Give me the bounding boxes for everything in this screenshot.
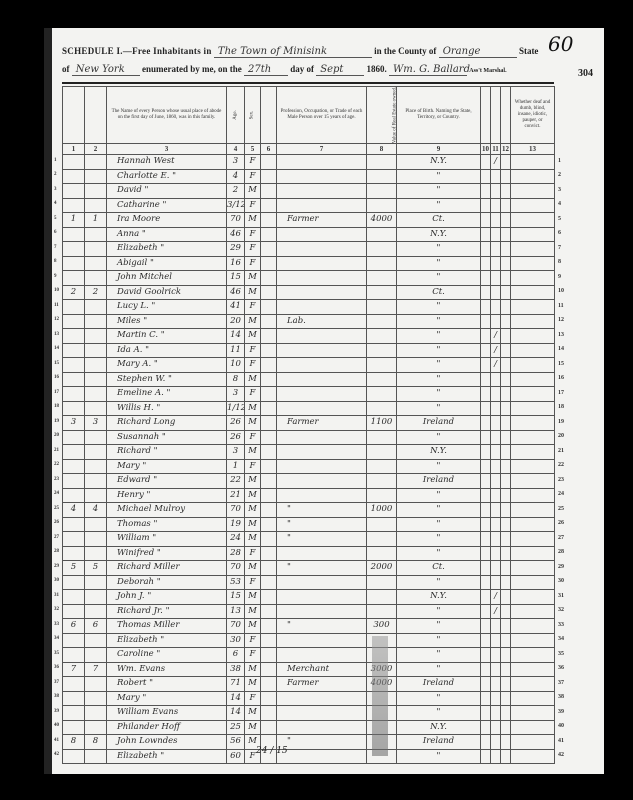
cell-birthplace: " <box>397 300 481 315</box>
cell-sex: M <box>245 604 261 619</box>
cell-occupation <box>277 271 367 286</box>
cell-color <box>261 213 277 228</box>
cell-sex: M <box>245 184 261 199</box>
cell-school: / <box>491 155 501 170</box>
cell-birthplace: " <box>397 517 481 532</box>
cell-married <box>481 387 491 402</box>
cell-name: Ira Moore <box>107 213 227 228</box>
cell-name: Richard Long <box>107 416 227 431</box>
cell-value: 300 <box>367 619 397 634</box>
cell-sex: M <box>245 677 261 692</box>
cell-dwelling <box>63 314 85 329</box>
cell-school <box>491 300 501 315</box>
cell-occupation <box>277 474 367 489</box>
cell-sex: M <box>245 488 261 503</box>
cell-school <box>491 401 501 416</box>
cell-sex: M <box>245 314 261 329</box>
column-header-2: Families numbered in the order of visita… <box>85 87 107 144</box>
cell-name: Martin C. " <box>107 329 227 344</box>
cell-color <box>261 198 277 213</box>
cell-dwelling: 6 <box>63 619 85 634</box>
cell-color <box>261 720 277 735</box>
cell-sex: F <box>245 387 261 402</box>
cell-family: 7 <box>85 662 107 677</box>
line-number: 6 <box>558 230 561 236</box>
line-number: 8 <box>558 259 561 265</box>
cell-illiterate <box>501 691 511 706</box>
cell-sex: F <box>245 633 261 648</box>
cell-school <box>491 227 501 242</box>
line-number: 9 <box>558 274 561 280</box>
cell-school <box>491 561 501 576</box>
cell-school <box>491 242 501 257</box>
line-number: 4 <box>54 201 57 206</box>
cell-value <box>367 343 397 358</box>
line-number: 21 <box>558 448 564 454</box>
line-number: 34 <box>54 636 59 641</box>
cell-condition <box>511 517 555 532</box>
cell-dwelling <box>63 155 85 170</box>
cell-school <box>491 677 501 692</box>
cell-color <box>261 488 277 503</box>
cell-illiterate <box>501 300 511 315</box>
table-row: Abigail "16F" <box>63 256 555 271</box>
cell-illiterate <box>501 474 511 489</box>
cell-condition <box>511 329 555 344</box>
cell-color <box>261 285 277 300</box>
column-header-11: Attended School within the year. <box>491 87 501 144</box>
column-header-label: Value of Real Estate owned. <box>392 87 396 144</box>
column-number: 11 <box>491 144 501 155</box>
cell-dwelling <box>63 329 85 344</box>
cell-name: Elizabeth " <box>107 749 227 764</box>
cell-illiterate <box>501 488 511 503</box>
cell-condition <box>511 735 555 750</box>
cell-family <box>85 372 107 387</box>
line-number: 35 <box>54 651 59 656</box>
cell-illiterate <box>501 155 511 170</box>
cell-occupation: " <box>277 532 367 547</box>
line-number: 39 <box>54 709 59 714</box>
cell-age: 3/12 <box>227 198 245 213</box>
table-row: David "2M" <box>63 184 555 199</box>
line-number: 1 <box>558 158 561 164</box>
cell-illiterate <box>501 358 511 373</box>
cell-school <box>491 633 501 648</box>
cell-married <box>481 155 491 170</box>
line-number: 14 <box>558 346 564 352</box>
line-number: 25 <box>54 506 59 511</box>
line-number: 4 <box>558 201 561 207</box>
column-number: 1 <box>63 144 85 155</box>
cell-school <box>491 691 501 706</box>
line-number: 29 <box>558 564 564 570</box>
cell-sex: F <box>245 358 261 373</box>
cell-married <box>481 590 491 605</box>
line-number: 41 <box>54 738 59 743</box>
cell-name: Michael Mulroy <box>107 503 227 518</box>
cell-birthplace: " <box>397 691 481 706</box>
cell-family: 4 <box>85 503 107 518</box>
cell-color <box>261 633 277 648</box>
cell-name: Mary " <box>107 691 227 706</box>
cell-school <box>491 372 501 387</box>
cell-dwelling <box>63 445 85 460</box>
cell-age: 56 <box>227 735 245 750</box>
cell-school: / <box>491 604 501 619</box>
enumeration-line: of New York enumerated by me, on the 27t… <box>62 64 507 76</box>
cell-age: 8 <box>227 372 245 387</box>
line-number: 40 <box>558 723 564 729</box>
cell-occupation <box>277 401 367 416</box>
cell-married <box>481 300 491 315</box>
line-number: 19 <box>54 419 59 424</box>
cell-name: Wm. Evans <box>107 662 227 677</box>
line-number: 38 <box>558 694 564 700</box>
cell-color <box>261 416 277 431</box>
line-number: 12 <box>54 317 59 322</box>
cell-value <box>367 198 397 213</box>
cell-age: 19 <box>227 517 245 532</box>
cell-value <box>367 358 397 373</box>
cell-dwelling <box>63 691 85 706</box>
cell-occupation <box>277 445 367 460</box>
cell-color <box>261 227 277 242</box>
cell-name: David " <box>107 184 227 199</box>
cell-illiterate <box>501 619 511 634</box>
cell-condition <box>511 546 555 561</box>
county-label: in the County of <box>374 46 436 56</box>
cell-school <box>491 503 501 518</box>
cell-occupation <box>277 575 367 590</box>
cell-school <box>491 474 501 489</box>
cell-married <box>481 184 491 199</box>
cell-color <box>261 430 277 445</box>
table-row: Elizabeth "30F" <box>63 633 555 648</box>
cell-dwelling <box>63 300 85 315</box>
cell-color <box>261 706 277 721</box>
cell-birthplace: " <box>397 198 481 213</box>
cell-birthplace: " <box>397 662 481 677</box>
cell-illiterate <box>501 459 511 474</box>
marshal-field: Wm. G. Ballard <box>389 64 467 76</box>
cell-sex: M <box>245 706 261 721</box>
cell-color <box>261 271 277 286</box>
cell-name: Henry " <box>107 488 227 503</box>
cell-color <box>261 300 277 315</box>
line-number: 7 <box>54 245 57 250</box>
cell-school <box>491 619 501 634</box>
cell-color <box>261 169 277 184</box>
cell-illiterate <box>501 575 511 590</box>
cell-married <box>481 271 491 286</box>
cell-sex: M <box>245 401 261 416</box>
cell-sex: M <box>245 445 261 460</box>
cell-married <box>481 488 491 503</box>
column-number: 4 <box>227 144 245 155</box>
cell-name: Richard Jr. " <box>107 604 227 619</box>
cell-value <box>367 329 397 344</box>
cell-condition <box>511 445 555 460</box>
table-row: Mary "14F" <box>63 691 555 706</box>
cell-sex: F <box>245 227 261 242</box>
cell-married <box>481 720 491 735</box>
cell-value <box>367 227 397 242</box>
cell-dwelling <box>63 590 85 605</box>
table-row: Hannah West3FN.Y./ <box>63 155 555 170</box>
cell-value <box>367 387 397 402</box>
cell-color <box>261 184 277 199</box>
cell-family <box>85 445 107 460</box>
line-number: 9 <box>54 274 57 279</box>
line-number: 29 <box>54 564 59 569</box>
cell-dwelling <box>63 706 85 721</box>
cell-married <box>481 227 491 242</box>
cell-family <box>85 604 107 619</box>
line-number: 32 <box>54 607 59 612</box>
cell-value <box>367 590 397 605</box>
cell-birthplace: N.Y. <box>397 590 481 605</box>
cell-condition <box>511 561 555 576</box>
cell-condition <box>511 590 555 605</box>
cell-family <box>85 749 107 764</box>
cell-illiterate <box>501 532 511 547</box>
cell-value <box>367 256 397 271</box>
cell-birthplace: " <box>397 242 481 257</box>
cell-color <box>261 517 277 532</box>
cell-name: Robert " <box>107 677 227 692</box>
cell-value <box>367 474 397 489</box>
cell-family <box>85 184 107 199</box>
cell-condition <box>511 401 555 416</box>
cell-married <box>481 735 491 750</box>
cell-color <box>261 459 277 474</box>
line-number: 20 <box>558 433 564 439</box>
cell-name: Mary A. " <box>107 358 227 373</box>
cell-family <box>85 329 107 344</box>
cell-value <box>367 285 397 300</box>
cell-color <box>261 590 277 605</box>
cell-name: Ida A. " <box>107 343 227 358</box>
cell-school <box>491 184 501 199</box>
cell-school <box>491 648 501 663</box>
cell-occupation <box>277 256 367 271</box>
cell-school <box>491 430 501 445</box>
cell-married <box>481 561 491 576</box>
line-number: 13 <box>558 332 564 338</box>
cell-illiterate <box>501 430 511 445</box>
cell-value: 1000 <box>367 503 397 518</box>
cell-color <box>261 648 277 663</box>
cell-school <box>491 198 501 213</box>
cell-family <box>85 648 107 663</box>
town-field: The Town of Minisink <box>214 46 372 58</box>
cell-birthplace: Ireland <box>397 677 481 692</box>
line-number: 36 <box>558 665 564 671</box>
cell-birthplace: " <box>397 358 481 373</box>
cell-married <box>481 517 491 532</box>
cell-age: 2 <box>227 184 245 199</box>
cell-color <box>261 691 277 706</box>
table-row: Mary A. "10F"/ <box>63 358 555 373</box>
cell-color <box>261 503 277 518</box>
cell-birthplace: Ct. <box>397 561 481 576</box>
cell-condition <box>511 213 555 228</box>
table-row: William "24M"" <box>63 532 555 547</box>
cell-sex: M <box>245 329 261 344</box>
cell-dwelling <box>63 387 85 402</box>
cell-color <box>261 561 277 576</box>
column-number-row: 12345678910111213 <box>63 144 555 155</box>
cell-dwelling <box>63 256 85 271</box>
cell-dwelling: 8 <box>63 735 85 750</box>
cell-name: Willis H. " <box>107 401 227 416</box>
cell-married <box>481 474 491 489</box>
handwritten-page-number: 60 <box>548 32 573 56</box>
cell-dwelling <box>63 227 85 242</box>
column-header-7: Profession, Occupation, or Trade of each… <box>277 87 367 144</box>
table-row: 66Thomas Miller70M"300" <box>63 619 555 634</box>
cell-age: 22 <box>227 474 245 489</box>
cell-sex: M <box>245 285 261 300</box>
cell-dwelling <box>63 430 85 445</box>
cell-occupation <box>277 155 367 170</box>
cell-name: Miles " <box>107 314 227 329</box>
cell-value <box>367 184 397 199</box>
cell-married <box>481 459 491 474</box>
cell-married <box>481 358 491 373</box>
cell-name: John Mitchel <box>107 271 227 286</box>
cell-condition <box>511 532 555 547</box>
column-header-8: Value of Real Estate owned. <box>367 87 397 144</box>
cell-name: David Goolrick <box>107 285 227 300</box>
cell-name: Edward " <box>107 474 227 489</box>
cell-value <box>367 459 397 474</box>
cell-color <box>261 401 277 416</box>
table-row: Catharine "3/12F" <box>63 198 555 213</box>
cell-illiterate <box>501 271 511 286</box>
line-number: 26 <box>558 520 564 526</box>
table-row: 88John Lowndes56M"Ireland <box>63 735 555 750</box>
cell-family <box>85 198 107 213</box>
film-smudge <box>372 636 388 756</box>
cell-family: 3 <box>85 416 107 431</box>
line-number: 16 <box>558 375 564 381</box>
cell-age: 70 <box>227 213 245 228</box>
line-number: 28 <box>558 549 564 555</box>
cell-age: 1/12 <box>227 401 245 416</box>
column-number: 7 <box>277 144 367 155</box>
cell-school <box>491 445 501 460</box>
cell-occupation <box>277 329 367 344</box>
cell-married <box>481 416 491 431</box>
cell-name: Deborah " <box>107 575 227 590</box>
cell-age: 28 <box>227 546 245 561</box>
line-number: 25 <box>558 506 564 512</box>
cell-condition <box>511 416 555 431</box>
cell-illiterate <box>501 633 511 648</box>
cell-married <box>481 213 491 228</box>
cell-age: 14 <box>227 706 245 721</box>
cell-school <box>491 314 501 329</box>
table-row: Thomas "19M"" <box>63 517 555 532</box>
cell-school: / <box>491 343 501 358</box>
line-number: 17 <box>558 390 564 396</box>
cell-color <box>261 256 277 271</box>
line-number: 8 <box>54 259 57 264</box>
cell-dwelling <box>63 517 85 532</box>
cell-condition <box>511 314 555 329</box>
table-row: Anna "46FN.Y. <box>63 227 555 242</box>
cell-sex: M <box>245 619 261 634</box>
cell-age: 4 <box>227 169 245 184</box>
cell-occupation <box>277 387 367 402</box>
cell-occupation: " <box>277 619 367 634</box>
cell-occupation <box>277 633 367 648</box>
table-row: Winifred "28F" <box>63 546 555 561</box>
cell-condition <box>511 343 555 358</box>
cell-married <box>481 256 491 271</box>
column-number: 8 <box>367 144 397 155</box>
cell-sex: M <box>245 517 261 532</box>
line-number: 19 <box>558 419 564 425</box>
cell-married <box>481 662 491 677</box>
cell-birthplace: N.Y. <box>397 445 481 460</box>
cell-age: 24 <box>227 532 245 547</box>
table-row: Miles "20MLab." <box>63 314 555 329</box>
cell-school: / <box>491 358 501 373</box>
line-number: 36 <box>54 665 59 670</box>
cell-family <box>85 256 107 271</box>
cell-age: 46 <box>227 227 245 242</box>
cell-occupation <box>277 242 367 257</box>
cell-age: 25 <box>227 720 245 735</box>
cell-school <box>491 416 501 431</box>
cell-dwelling: 5 <box>63 561 85 576</box>
cell-condition <box>511 604 555 619</box>
cell-name: Winifred " <box>107 546 227 561</box>
cell-sex: M <box>245 416 261 431</box>
cell-value <box>367 575 397 590</box>
cell-occupation: Merchant <box>277 662 367 677</box>
cell-family: 2 <box>85 285 107 300</box>
line-number: 32 <box>558 607 564 613</box>
cell-dwelling: 3 <box>63 416 85 431</box>
cell-birthplace: Ct. <box>397 213 481 228</box>
cell-family <box>85 343 107 358</box>
day-field: 27th <box>244 64 288 76</box>
cell-married <box>481 619 491 634</box>
cell-occupation <box>277 590 367 605</box>
cell-sex: M <box>245 372 261 387</box>
cell-condition <box>511 662 555 677</box>
table-row: Richard Jr. "13M"/ <box>63 604 555 619</box>
line-number: 12 <box>558 317 564 323</box>
cell-name: Stephen W. " <box>107 372 227 387</box>
cell-occupation <box>277 358 367 373</box>
cell-value: 2000 <box>367 561 397 576</box>
cell-family <box>85 242 107 257</box>
line-number: 33 <box>558 622 564 628</box>
cell-illiterate <box>501 416 511 431</box>
cell-sex: M <box>245 720 261 735</box>
cell-condition <box>511 619 555 634</box>
cell-condition <box>511 358 555 373</box>
cell-sex: F <box>245 155 261 170</box>
line-number: 27 <box>54 535 59 540</box>
cell-sex: F <box>245 648 261 663</box>
line-number: 42 <box>54 752 59 757</box>
